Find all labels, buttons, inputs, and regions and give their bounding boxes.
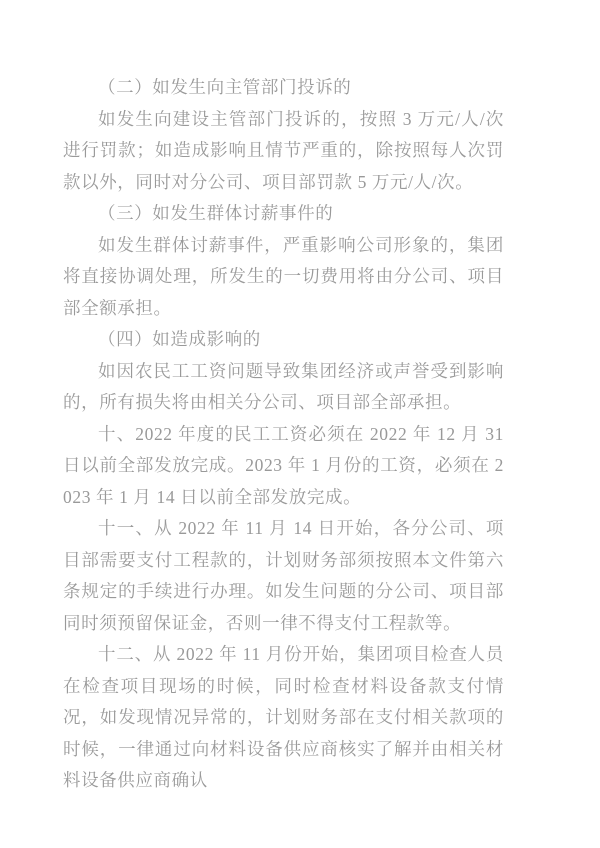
- paragraph-group-wage-incident: 如发生群体讨薪事件，严重影响公司形象的，集团将直接协调处理，所发生的一切费用将由…: [63, 230, 504, 325]
- section-heading-2: （二）如发生向主管部门投诉的: [63, 72, 504, 104]
- paragraph-impact-loss: 如因农民工工资问题导致集团经济或声誉受到影响的，所有损失将由相关分公司、项目部全…: [63, 356, 504, 419]
- paragraph-complaint-penalty: 如发生向建设主管部门投诉的，按照 3 万元/人/次进行罚款；如造成影响且情节严重…: [63, 104, 504, 199]
- paragraph-item-10-wage-deadline: 十、2022 年度的民工工资必须在 2022 年 12 月 31 日以前全部发放…: [63, 419, 504, 514]
- paragraph-item-12-inspection: 十二、从 2022 年 11 月份开始，集团项目检查人员在检查项目现场的时候，同…: [63, 639, 504, 797]
- section-heading-4: （四）如造成影响的: [63, 324, 504, 356]
- paragraph-item-11-payment-procedure: 十一、从 2022 年 11 月 14 日开始，各分公司、项目部需要支付工程款的…: [63, 513, 504, 639]
- document-viewport: （二）如发生向主管部门投诉的 如发生向建设主管部门投诉的，按照 3 万元/人/次…: [0, 0, 600, 848]
- document-body: （二）如发生向主管部门投诉的 如发生向建设主管部门投诉的，按照 3 万元/人/次…: [63, 72, 504, 797]
- section-heading-3: （三）如发生群体讨薪事件的: [63, 198, 504, 230]
- document-page: （二）如发生向主管部门投诉的 如发生向建设主管部门投诉的，按照 3 万元/人/次…: [0, 0, 600, 848]
